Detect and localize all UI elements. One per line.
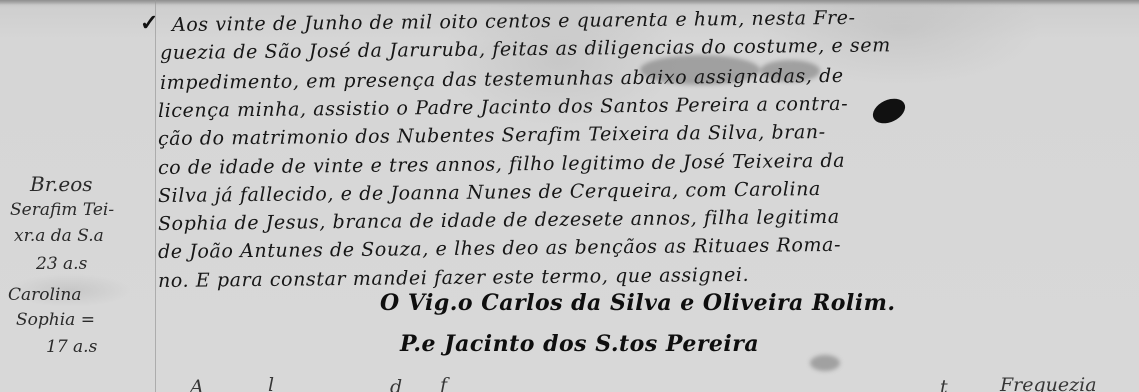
record-line: Sophia de Jesus, branca de idade de deze… [158, 206, 840, 235]
record-line: Silva já fallecido, e de Joanna Nunes de… [158, 178, 821, 207]
next-entry-fragment: A [190, 376, 204, 392]
record-line: ção do matrimonio dos Nubentes Serafim T… [158, 121, 826, 150]
entry-check-mark: ✓ [140, 10, 158, 36]
document-page: Br.eos Serafim Tei- xr.a da S.a 23 a.s C… [0, 0, 1139, 392]
margin-note-line: Br.eos [30, 172, 93, 196]
next-entry-fragment: Freguezia [1000, 374, 1097, 392]
margin-note-line: xr.a da S.a [14, 226, 104, 246]
ink-smudge [810, 355, 840, 371]
record-line: impedimento, em presença das testemunhas… [160, 65, 844, 94]
next-entry-fragment: d [390, 376, 402, 392]
record-line: no. E para constar mandei fazer este ter… [158, 264, 749, 292]
margin-note-line: Sophia = [16, 310, 95, 330]
vicar-signature: O Vig.o Carlos da Silva e Oliveira Rolim… [380, 290, 896, 316]
page-top-edge [0, 0, 1139, 5]
margin-note-line: 17 a.s [46, 337, 97, 357]
next-entry-fragment: t [940, 376, 948, 392]
priest-signature: P.e Jacinto dos S.tos Pereira [400, 331, 759, 357]
record-line: Aos vinte de Junho de mil oito centos e … [172, 7, 856, 36]
margin-note-line: Carolina [8, 285, 81, 305]
margin-rule-line [155, 0, 156, 392]
record-line: de João Antunes de Souza, e lhes deo as … [158, 234, 841, 263]
margin-note-line: Serafim Tei- [10, 200, 114, 220]
record-line: co de idade de vinte e tres annos, filho… [158, 150, 845, 179]
margin-note-line: 23 a.s [36, 254, 87, 274]
ink-blot [869, 94, 909, 128]
next-entry-fragment: f [440, 374, 447, 392]
next-entry-fragment: l [268, 374, 274, 392]
record-line: licença minha, assistio o Padre Jacinto … [158, 93, 848, 122]
